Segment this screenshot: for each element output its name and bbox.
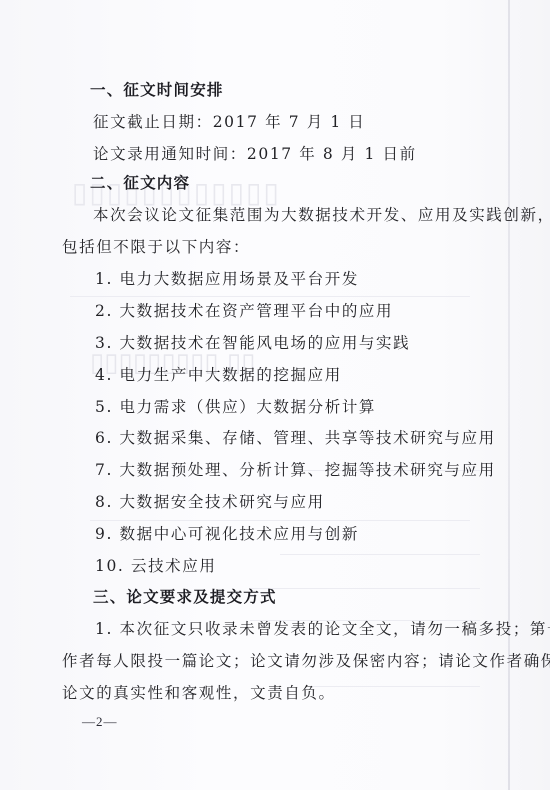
bleed-through-rule — [250, 588, 480, 589]
bleed-through-rule — [70, 296, 470, 297]
list-item: 4. 电力生产中大数据的挖掘应用 — [95, 365, 342, 385]
list-item: 6. 大数据采集、存储、管理、共享等技术研究与应用 — [95, 428, 496, 448]
list-item: 9. 数据中心可视化技术应用与创新 — [95, 524, 359, 544]
content-intro-line-2: 包括但不限于以下内容： — [62, 237, 250, 257]
section-heading-requirements: 三、论文要求及提交方式 — [93, 587, 277, 607]
requirements-para-line-1: 1. 本次征文只收录未曾发表的论文全文，请勿一稿多投；第一 — [95, 619, 550, 639]
list-item: 3. 大数据技术在智能风电场的应用与实践 — [95, 333, 410, 353]
bleed-through-rule — [90, 520, 470, 521]
list-item: 5. 电力需求（供应）大数据分析计算 — [95, 397, 376, 417]
list-item: 7. 大数据预处理、分析计算、挖掘等技术研究与应用 — [95, 460, 496, 480]
submission-deadline: 征文截止日期：2017 年 7 月 1 日 — [93, 112, 365, 132]
document-page: ▯▯▯▯▯▯▯▯▯▯▯▯ ▯▯ ▯▯▯▯▯▯▯▯▯ 一、征文时间安排 征文截止日… — [0, 0, 550, 790]
list-item: 2. 大数据技术在资产管理平台中的应用 — [95, 301, 393, 321]
requirements-para-line-2: 作者每人限投一篇论文；论文请勿涉及保密内容；请论文作者确保 — [62, 651, 550, 671]
section-heading-content: 二、征文内容 — [90, 173, 190, 193]
bleed-through-rule — [280, 554, 480, 555]
list-item: 1. 电力大数据应用场景及平台开发 — [95, 269, 359, 289]
list-item: 8. 大数据安全技术研究与应用 — [95, 492, 325, 512]
requirements-para-line-3: 论文的真实性和客观性，文责自负。 — [62, 683, 336, 703]
list-item: 10. 云技术应用 — [95, 556, 216, 576]
content-intro-line-1: 本次会议论文征集范围为大数据技术开发、应用及实践创新， — [93, 205, 550, 225]
page-number: —2— — [82, 714, 118, 730]
page-edge-line — [508, 0, 510, 790]
section-heading-schedule: 一、征文时间安排 — [90, 80, 224, 100]
acceptance-notice-date: 论文录用通知时间：2017 年 8 月 1 日前 — [93, 144, 417, 164]
